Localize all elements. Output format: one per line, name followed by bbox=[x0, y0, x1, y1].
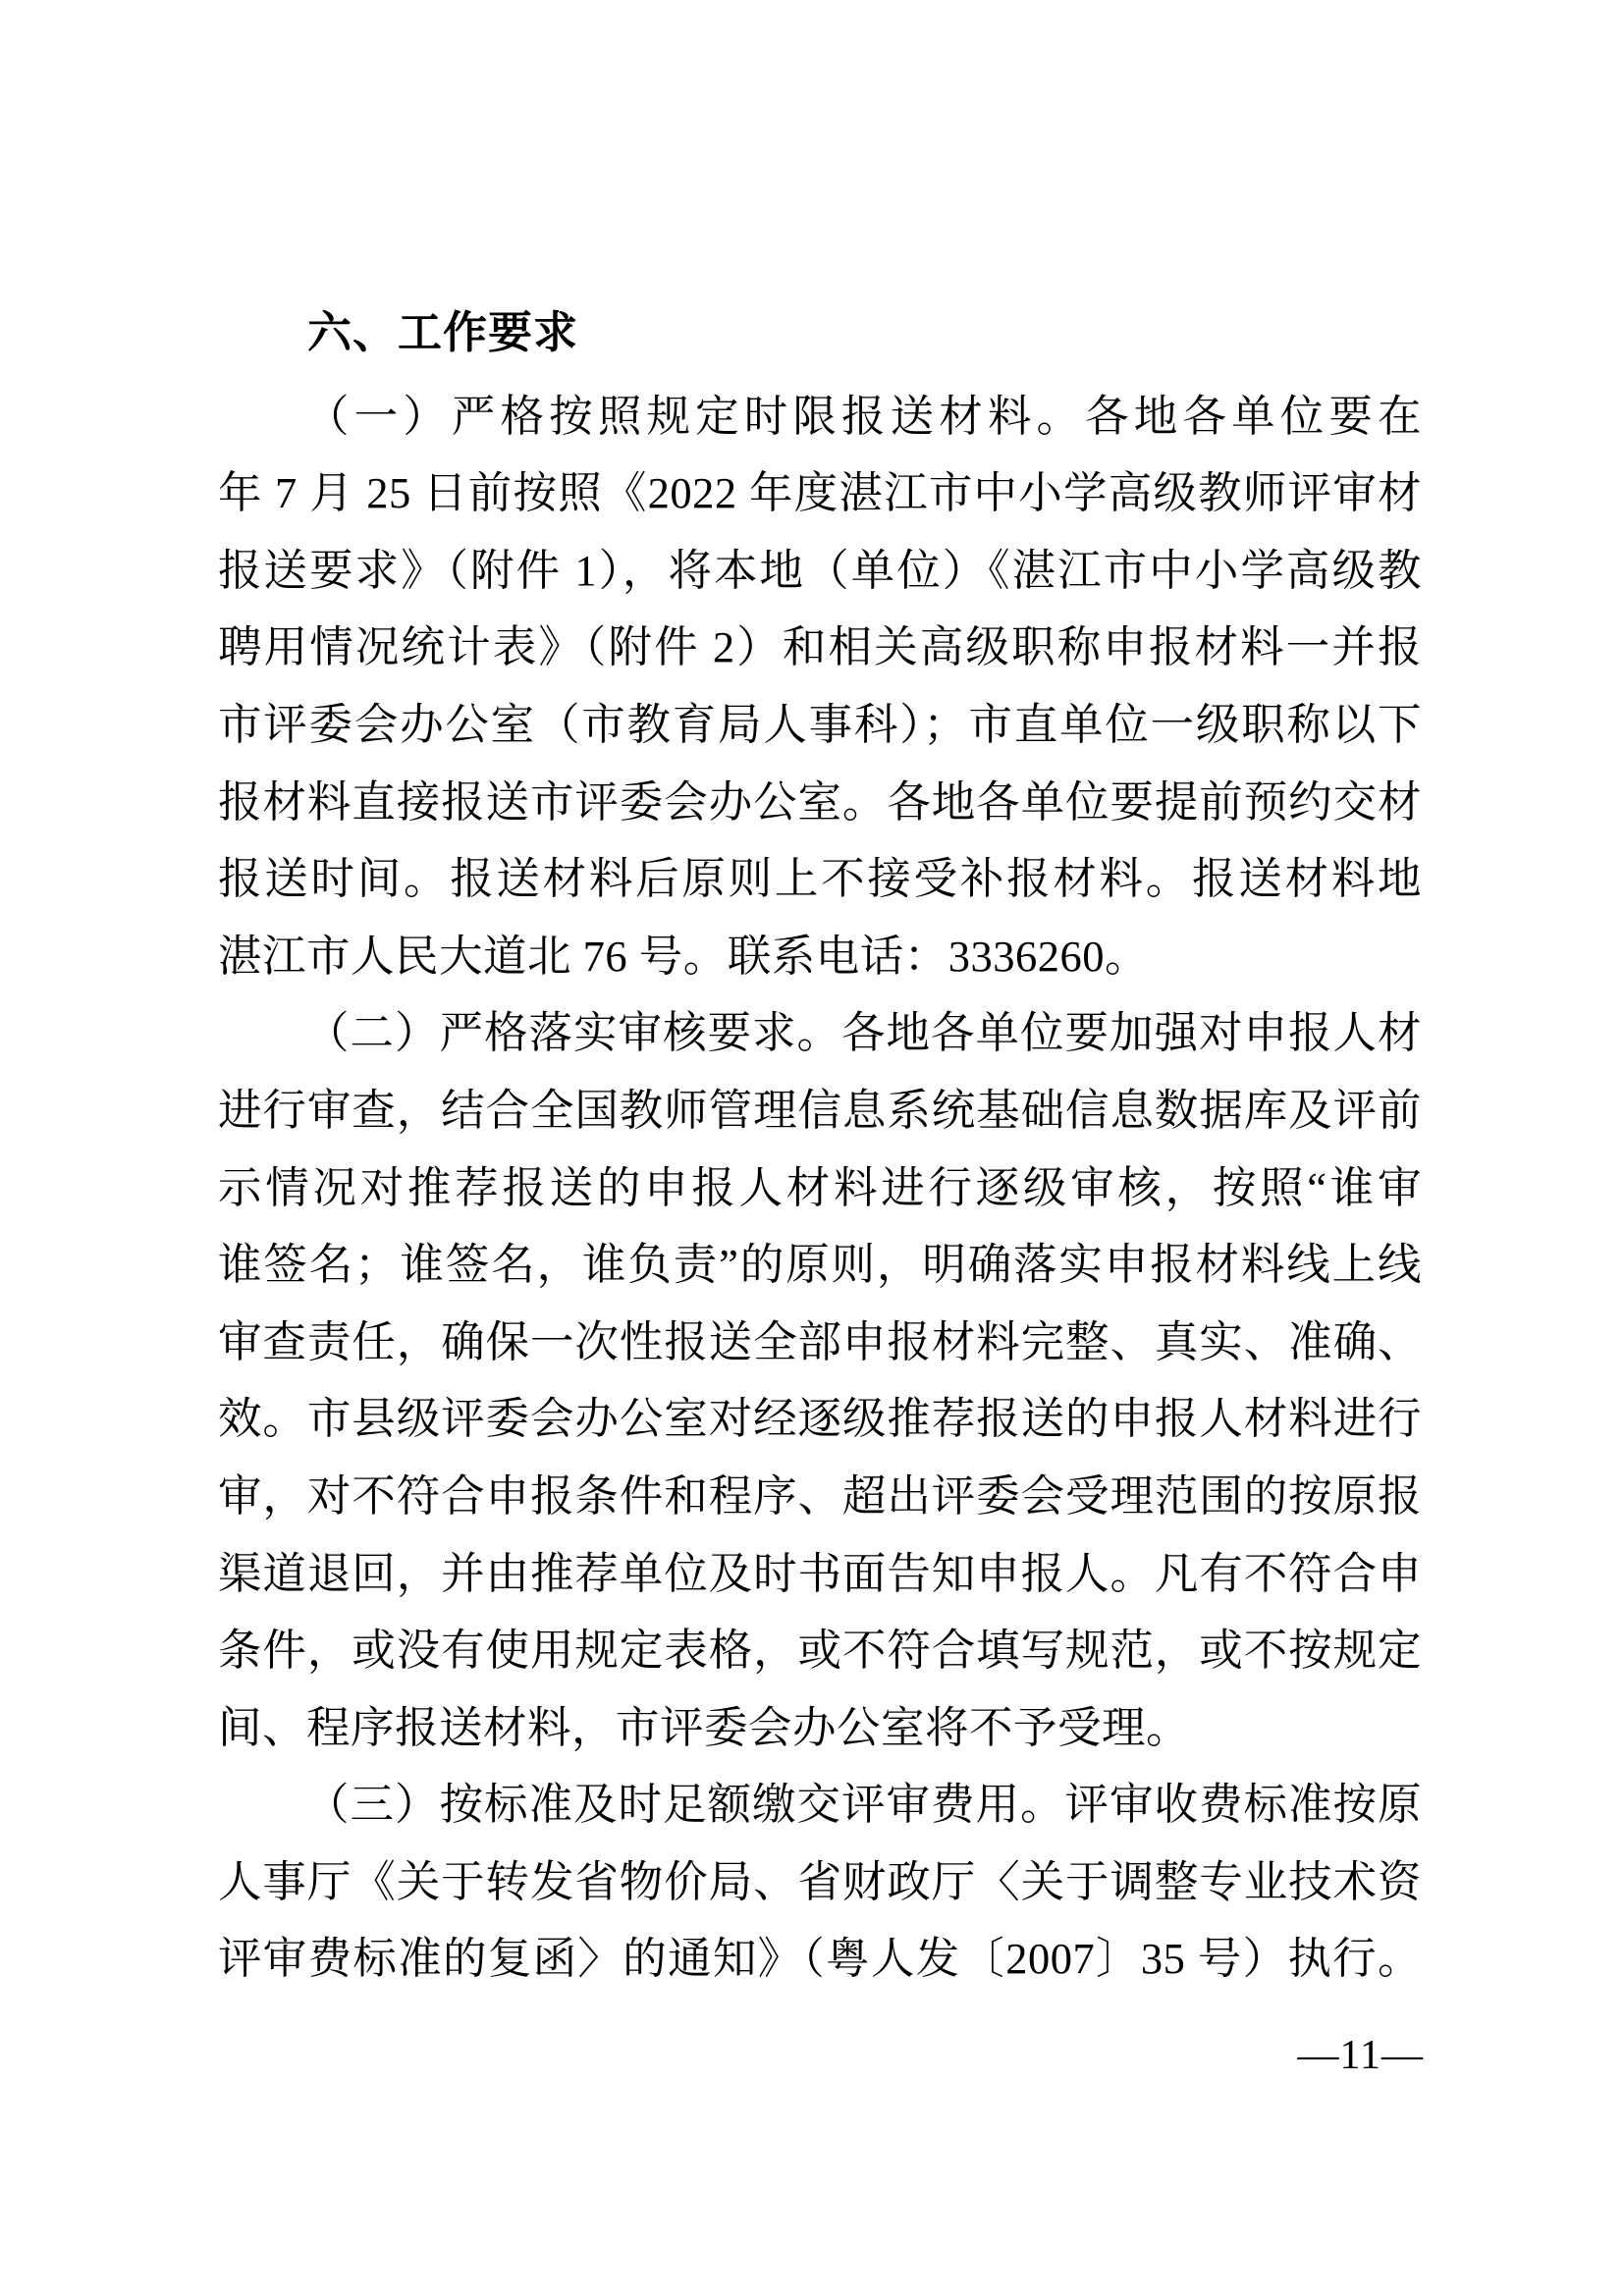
text-line: 审查责任，确保一次性报送全部申报材料完整、真实、准确、有 bbox=[218, 1304, 1422, 1381]
text-line: （三）按标准及时足额缴交评审费用。评审收费标准按原省 bbox=[218, 1766, 1422, 1843]
text-line: （一）严格按照规定时限报送材料。各地各单位要在 2023 bbox=[218, 378, 1422, 455]
document-page: 六、工作要求 （一）严格按照规定时限报送材料。各地各单位要在 2023 年 7 … bbox=[0, 0, 1624, 2296]
section-heading: 六、工作要求 bbox=[218, 294, 1422, 372]
text-line: 报送要求》（附件 1），将本地（单位）《湛江市中小学高级教师 bbox=[218, 532, 1422, 610]
text-line: （二）严格落实审核要求。各地各单位要加强对申报人材料 bbox=[218, 994, 1422, 1072]
text-line: 间、程序报送材料，市评委会办公室将不予受理。 bbox=[218, 1689, 1422, 1767]
page-number: —11— bbox=[1298, 2034, 1424, 2077]
document-body: 六、工作要求 （一）严格按照规定时限报送材料。各地各单位要在 2023 年 7 … bbox=[218, 294, 1422, 1998]
text-line: 效。市县级评委会办公室对经逐级推荐报送的申报人材料进行初 bbox=[218, 1380, 1422, 1458]
text-line: 报材料直接报送市评委会办公室。各地各单位要提前预约交材料 bbox=[218, 764, 1422, 841]
text-line: 审，对不符合申报条件和程序、超出评委会受理范围的按原报送 bbox=[218, 1458, 1422, 1535]
text-line: 聘用情况统计表》（附件 2）和相关高级职称申报材料一并报送 bbox=[218, 609, 1422, 686]
text-line: 谁签名；谁签名，谁负责”的原则，明确落实申报材料线上线下 bbox=[218, 1226, 1422, 1304]
text-line: 渠道退回，并由推荐单位及时书面告知申报人。凡有不符合申报 bbox=[218, 1535, 1422, 1613]
text-line: 条件，或没有使用规定表格，或不符合填写规范，或不按规定时 bbox=[218, 1612, 1422, 1689]
text-line: 示情况对推荐报送的申报人材料进行逐级审核，按照“谁审核， bbox=[218, 1149, 1422, 1227]
text-line: 湛江市人民大道北 76 号。联系电话：3336260。 bbox=[218, 918, 1422, 995]
text-line: 年 7 月 25 日前按照《2022 年度湛江市中小学高级教师评审材料 bbox=[218, 454, 1422, 532]
text-line: 评审费标准的复函〉的通知》（粤人发〔2007〕35 号）执行。申 bbox=[218, 1920, 1422, 1998]
text-line: 人事厅《关于转发省物价局、省财政厅〈关于调整专业技术资格 bbox=[218, 1843, 1422, 1921]
text-line: 报送时间。报送材料后原则上不接受补报材料。报送材料地址： bbox=[218, 840, 1422, 918]
text-line: 进行审查，结合全国教师管理信息系统基础信息数据库及评前公 bbox=[218, 1072, 1422, 1149]
text-line: 市评委会办公室（市教育局人事科）；市直单位一级职称以下申 bbox=[218, 686, 1422, 764]
